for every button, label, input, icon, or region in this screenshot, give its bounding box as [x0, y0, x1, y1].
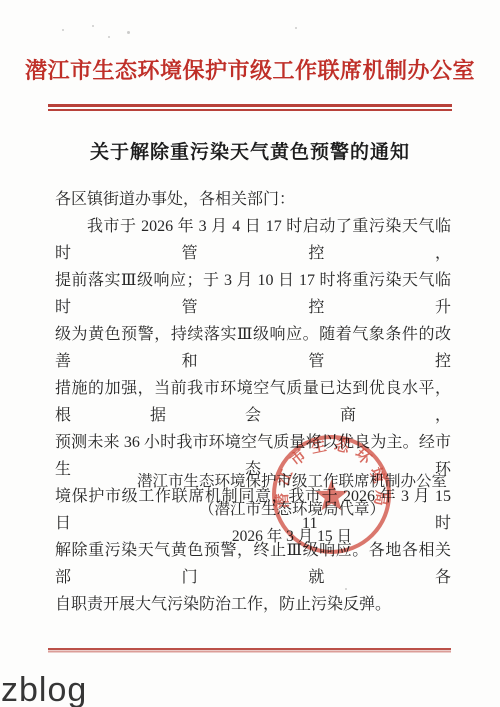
official-seal-stamp: 潜江市生态环境局 [269, 432, 394, 557]
body-line: 我市于 2026 年 3 月 4 日 17 时启动了重污染天气临时管控， [55, 213, 451, 267]
seal-star-icon [315, 479, 348, 510]
body-line: 措施的加强，当前我市环境空气质量已达到优良水平，根据会商， [55, 375, 451, 429]
site-watermark: zblog [1, 671, 87, 707]
scanned-document-page: 潜江市生态环境保护市级工作联席机制办公室 关于解除重污染天气黄色预警的通知 各区… [0, 0, 500, 707]
salutation-line: 各区镇街道办事处，各相关部门： [55, 186, 451, 213]
footer-divider [48, 648, 451, 650]
scan-speck [108, 36, 110, 38]
body-line: 级为黄色预警，持续落实Ⅲ级响应。随着气象条件的改善和管控 [55, 321, 451, 375]
scan-speck [92, 25, 94, 27]
body-paragraph: 我市于 2026 年 3 月 4 日 17 时启动了重污染天气临时管控，提前落实… [55, 213, 451, 618]
scan-speck [127, 31, 130, 34]
document-title: 关于解除重污染天气黄色预警的通知 [0, 137, 500, 164]
header-divider [48, 104, 452, 111]
body-line: 自职责开展大气污染防治工作，防止污染反弹。 [55, 591, 451, 618]
scan-speck [295, 27, 297, 29]
issuing-org-letterhead: 潜江市生态环境保护市级工作联席机制办公室 [0, 54, 500, 85]
scan-speck [62, 29, 64, 31]
body-line: 提前落实Ⅲ级响应；于 3 月 10 日 17 时将重污染天气临时管控升 [55, 267, 451, 321]
